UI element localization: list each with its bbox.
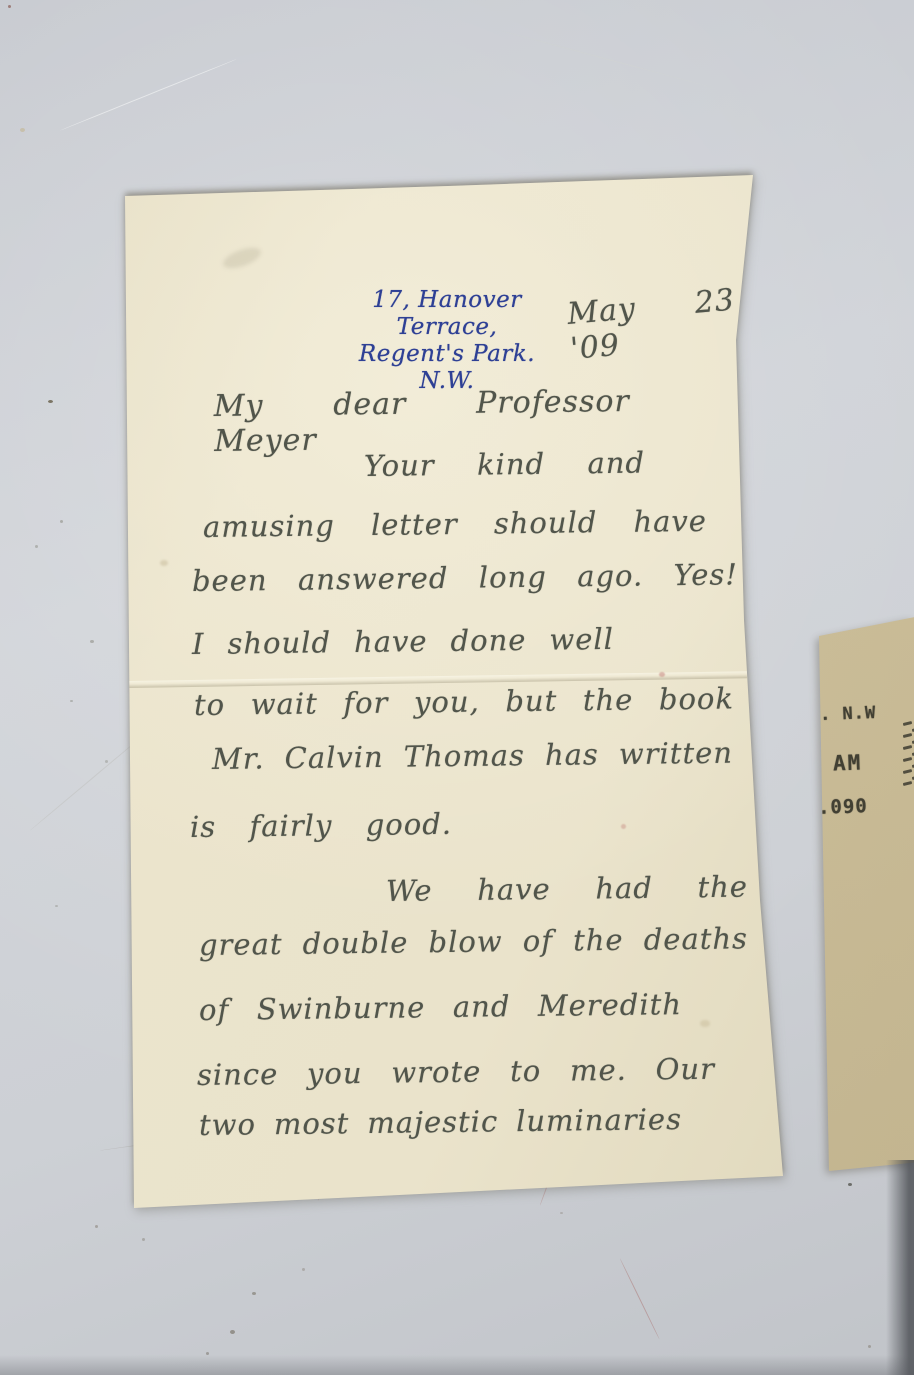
postmark-dash: [903, 733, 912, 738]
postmark-text-line: AM: [833, 750, 863, 775]
postmark-dash: [903, 745, 912, 750]
postmark-dash: [903, 769, 912, 774]
postmark-text-line: .090: [818, 795, 869, 819]
envelope-paper: . N.W AM .090: [0, 0, 914, 1375]
postmark-dash: [903, 781, 912, 786]
postmark-cancellation-dashes: [903, 722, 912, 785]
bottom-vignette: [0, 1355, 914, 1375]
photo-surface: 17, Hanover Terrace, Regent's Park. N.W.…: [0, 0, 914, 1375]
envelope: . N.W AM .090: [0, 0, 914, 1375]
postmark-dash: [903, 757, 912, 762]
postmark-dash: [903, 721, 912, 726]
postmark-text-line: . N.W: [820, 703, 877, 725]
surface-edge-shadow: [886, 1160, 914, 1375]
